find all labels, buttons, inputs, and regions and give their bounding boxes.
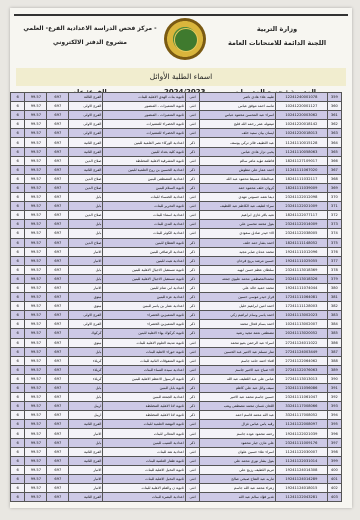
- average-cell: 99.57: [25, 183, 47, 192]
- row-seq-cell: 403: [327, 493, 341, 502]
- total-score-cell: 697: [47, 147, 69, 156]
- school-name-cell: اعدادية هيت للبنين: [103, 256, 185, 265]
- school-name-cell: ثانوية الخضراء للمتميزات: [103, 129, 185, 138]
- student-name-cell: الاء حيدر صادق سعودي: [200, 229, 276, 238]
- table-row: 39223241111061047حسين جاسم محمد عبد الام…: [11, 393, 342, 402]
- total-score-cell: 697: [47, 293, 69, 302]
- row-seq-cell: 387: [327, 347, 341, 356]
- gender-cell: ذكر: [185, 256, 199, 265]
- row-seq-cell: 363: [327, 129, 341, 138]
- directorate-cell: الانبار: [69, 247, 103, 256]
- total-score-cell: 697: [47, 302, 69, 311]
- row-seq-cell: 390: [327, 374, 341, 383]
- table-row: 38310241113002023احمد ياسر وسام ابراهيم …: [11, 311, 342, 320]
- school-name-cell: ثانوية لانا الاهلية المختلطة: [103, 402, 185, 411]
- exam-number-cell: 11241110058063: [276, 147, 328, 156]
- school-name-cell: اعدادية اسماء للبنات: [103, 211, 185, 220]
- rank-cell: 6: [11, 274, 25, 283]
- student-name-cell: عبد اللطيف فائز تركي يوسف: [200, 138, 276, 147]
- average-cell: 99.57: [25, 202, 47, 211]
- row-seq-cell: 384: [327, 320, 341, 329]
- school-name-cell: اعدادية الخنساء للبنات: [103, 193, 185, 202]
- average-cell: 99.57: [25, 384, 47, 393]
- school-name-cell: ثانوية الرسول الاعظم الاهلية للبنين: [103, 374, 185, 383]
- row-seq-cell: 394: [327, 411, 341, 420]
- average-cell: 99.57: [25, 411, 47, 420]
- student-name-cell: بتول بشار نوري محمد علي: [200, 456, 276, 465]
- average-cell: 99.57: [25, 438, 47, 447]
- table-row: 37423241122038005الاء حيدر صادق سعوديانث…: [11, 229, 342, 238]
- gender-cell: ذكر: [185, 402, 199, 411]
- school-name-cell: اعدادية عزة للبنين: [103, 293, 185, 302]
- school-name-cell: ثانوية المعالي للبنات: [103, 429, 185, 438]
- average-cell: 99.57: [25, 274, 47, 283]
- exam-number-cell: 19241124018015: [276, 484, 328, 493]
- student-name-cell: احمد امين ابراهيم خليل: [200, 302, 276, 311]
- directorate-cell: بابل: [69, 265, 103, 274]
- school-name-cell: ثانوية حوراء الاهلية للبنات: [103, 347, 185, 356]
- total-score-cell: 697: [47, 102, 69, 111]
- rank-cell: 6: [11, 329, 25, 338]
- gender-cell: انثى: [185, 365, 199, 374]
- directorate-cell: بابل: [69, 202, 103, 211]
- student-name-cell: احمد بسام قحال محمد: [200, 320, 276, 329]
- student-name-cell: كروان خلف محمود حمد: [200, 183, 276, 192]
- table-row: 36711241111067020احمد عمار علي مطوشذكراع…: [11, 165, 342, 174]
- total-score-cell: 697: [47, 374, 69, 383]
- student-name-cell: ديما نعمه حسوني مهدي: [200, 193, 276, 202]
- gender-cell: ذكر: [185, 247, 199, 256]
- directorate-cell: بابل: [69, 229, 103, 238]
- average-cell: 99.57: [25, 193, 47, 202]
- student-name-cell: احمد بشار حمد خلف: [200, 238, 276, 247]
- average-cell: 99.57: [25, 347, 47, 356]
- directorate-cell: بابل: [69, 384, 103, 393]
- rank-cell: 6: [11, 138, 25, 147]
- gender-cell: انثى: [185, 484, 199, 493]
- total-score-cell: 697: [47, 156, 69, 165]
- total-score-cell: 697: [47, 320, 69, 329]
- average-cell: 99.57: [25, 174, 47, 183]
- rank-cell: 6: [11, 265, 25, 274]
- document-header: وزارة التربية اللجنة الدائمة للامتحانات …: [14, 14, 348, 68]
- school-name-cell: اعدادية سيدة النساء للبنات: [103, 365, 185, 374]
- gender-cell: انثى: [185, 129, 199, 138]
- exam-number-cell: 27241124011022: [276, 338, 328, 347]
- gender-cell: ذكر: [185, 147, 199, 156]
- exam-number-cell: 10241220018142: [276, 120, 328, 129]
- gender-cell: ذكر: [185, 265, 199, 274]
- student-name-cell: منار مسلم عبد الامير عبد الحسين: [200, 347, 276, 356]
- average-cell: 99.57: [25, 111, 47, 120]
- table-row: 37923241113018326محمدالمصطفى محمد عليوي …: [11, 274, 342, 283]
- ministry-logo-icon: [164, 18, 206, 60]
- gender-cell: انثى: [185, 193, 199, 202]
- gender-cell: انثى: [185, 93, 199, 102]
- row-seq-cell: 360: [327, 102, 341, 111]
- student-name-cell: محمد حميد خالد علي: [200, 283, 276, 292]
- school-name-cell: ثانوية النهضة العلمية للبنات: [103, 420, 185, 429]
- directorate-cell: كربلاء: [69, 374, 103, 383]
- total-score-cell: 697: [47, 384, 69, 393]
- gender-cell: ذكر: [185, 384, 199, 393]
- directorate-cell: صلاح الدين: [69, 174, 103, 183]
- rank-cell: 6: [11, 293, 25, 302]
- directorate-cell: كركوك: [69, 329, 103, 338]
- total-score-cell: 697: [47, 274, 69, 283]
- gender-cell: انثى: [185, 356, 199, 365]
- school-name-cell: اعدادية الجمعة للبنين: [103, 393, 185, 402]
- exam-number-cell: 23241122021009: [276, 202, 328, 211]
- directorate-cell: كربلاء: [69, 356, 103, 365]
- student-name-cell: رقيه ياس عباس غزال: [200, 420, 276, 429]
- directorate-cell: الفرع الثانية: [69, 165, 103, 174]
- exam-number-cell: 27241122076063: [276, 365, 328, 374]
- directorate-cell: الفرع الثانية: [69, 447, 103, 456]
- average-cell: 99.57: [25, 211, 47, 220]
- row-seq-cell: 375: [327, 238, 341, 247]
- exam-number-cell: 23241113018369: [276, 265, 328, 274]
- school-name-cell: ثانوية الخضراء للمتميزات: [103, 120, 185, 129]
- rank-cell: 6: [11, 429, 25, 438]
- school-name-cell: ثانوية ن والقلم الاهلية للبنات: [103, 484, 185, 493]
- rank-cell: 6: [11, 220, 25, 229]
- average-cell: 99.57: [25, 156, 47, 165]
- exam-number-cell: 11241111067020: [276, 165, 328, 174]
- directorate-cell: صلاح الدين: [69, 156, 103, 165]
- row-seq-cell: 383: [327, 311, 341, 320]
- gender-cell: انثى: [185, 338, 199, 347]
- gender-cell: انثى: [185, 465, 199, 474]
- gender-cell: ذكر: [185, 329, 199, 338]
- average-cell: 99.57: [25, 429, 47, 438]
- rank-cell: 6: [11, 256, 25, 265]
- student-name-cell: مريم اللطيف رزيج علي: [200, 465, 276, 474]
- exam-number-cell: 23241113018326: [276, 274, 328, 283]
- gender-cell: ذكر: [185, 302, 199, 311]
- rank-cell: 6: [11, 120, 25, 129]
- rank-cell: 6: [11, 465, 25, 474]
- exam-number-cell: 23241122012098: [276, 193, 328, 202]
- rank-cell: 6: [11, 102, 25, 111]
- gender-cell: ذكر: [185, 411, 199, 420]
- student-name-cell: ايسان بيان ستيد خلف: [200, 129, 276, 138]
- row-seq-cell: 365: [327, 147, 341, 156]
- exam-number-cell: 12241240001078: [276, 93, 328, 102]
- total-score-cell: 697: [47, 420, 69, 429]
- exam-number-cell: 18241111148052: [276, 238, 328, 247]
- student-name-cell: فاطمة مؤيد ماهر سالم: [200, 156, 276, 165]
- table-row: 38019241111074044محمد حميد خالد عليذكراع…: [11, 283, 342, 292]
- directorate-cell: الفرع الثانية: [69, 493, 103, 502]
- rank-cell: 6: [11, 211, 25, 220]
- average-cell: 99.57: [25, 374, 47, 383]
- student-name-cell: علي مازن جبار محمود: [200, 438, 276, 447]
- exam-number-cell: 10241113002023: [276, 311, 328, 320]
- exam-number-cell: 23241122038005: [276, 229, 328, 238]
- gender-cell: ذكر: [185, 138, 199, 147]
- exam-number-cell: 23241111056086: [276, 384, 328, 393]
- row-seq-cell: 400: [327, 465, 341, 474]
- student-name-cell: حسين جاسم محمد عبد الامير: [200, 393, 276, 402]
- exam-number-cell: 17241111064081: [276, 293, 328, 302]
- rank-cell: 6: [11, 411, 25, 420]
- rank-cell: 6: [11, 438, 25, 447]
- total-score-cell: 697: [47, 111, 69, 120]
- exam-number-cell: 10241220003062: [276, 111, 328, 120]
- gender-cell: ذكر: [185, 165, 199, 174]
- gender-cell: انثى: [185, 156, 199, 165]
- student-name-cell: بتول محمد محسن علي: [200, 220, 276, 229]
- table-row: 40119241124014289ماريه عبد الفتاح صبحي ص…: [11, 474, 342, 483]
- row-seq-cell: 381: [327, 293, 341, 302]
- average-cell: 99.57: [25, 356, 47, 365]
- table-row: 39433241117008052عبد الله محمد قاسم احمد…: [11, 411, 342, 420]
- table-row: 36310241220018013ايسان بيان ستيد خلفانثى…: [11, 129, 342, 138]
- student-name-cell: عبد الله محمد قاسم احمد: [200, 411, 276, 420]
- rank-cell: 6: [11, 193, 25, 202]
- exam-number-cell: 19241124014289: [276, 474, 328, 483]
- gender-cell: ذكر: [185, 438, 199, 447]
- row-seq-cell: 402: [327, 484, 341, 493]
- student-name-cell: طيبه علاء هادي ناصر: [200, 93, 276, 102]
- row-seq-cell: 397: [327, 438, 341, 447]
- student-name-cell: مصطفى نعمة مجيد رشيد: [200, 329, 276, 338]
- exam-number-cell: 11241110015128: [276, 138, 328, 147]
- school-name-cell: ثانوية المتميزات - المنصور: [103, 102, 185, 111]
- directorate-cell: نينوى: [69, 293, 103, 302]
- total-score-cell: 697: [47, 193, 69, 202]
- school-name-cell: ثانوية المشرفية الاهلية المختلطة: [103, 156, 185, 165]
- average-cell: 99.57: [25, 147, 47, 156]
- student-name-cell: اسراء عبد الرحمن بعيو محمد: [200, 338, 276, 347]
- table-row: 39511241122008097رقيه ياس عباس غزالانثىث…: [11, 420, 342, 429]
- ministry-name: وزارة التربية: [212, 22, 342, 36]
- directorate-cell: الفرع الثانية: [69, 147, 103, 156]
- gender-cell: ذكر: [185, 283, 199, 292]
- rank-cell: 6: [11, 238, 25, 247]
- rank-cell: 6: [11, 183, 25, 192]
- table-row: 37823241113018369سلطان عظم حسن ابهيهذكرث…: [11, 265, 342, 274]
- directorate-cell: بابل: [69, 393, 103, 402]
- school-name-cell: ثانوية السلام للبنين: [103, 183, 185, 192]
- gender-cell: ذكر: [185, 274, 199, 283]
- directorate-cell: الفرع الاولى: [69, 102, 103, 111]
- table-row: 40219241124018015زهراء محمد عبد الله جاس…: [11, 484, 342, 493]
- exam-number-cell: 18241111032117: [276, 174, 328, 183]
- total-score-cell: 697: [47, 165, 69, 174]
- rank-cell: 6: [11, 420, 25, 429]
- average-cell: 99.57: [25, 138, 47, 147]
- average-cell: 99.57: [25, 93, 47, 102]
- school-name-cell: ثانوية كركوك بهاء الاهلية للبنين: [103, 329, 185, 338]
- average-cell: 99.57: [25, 229, 47, 238]
- exam-number-cell: 11241122030007: [276, 447, 328, 456]
- total-score-cell: 697: [47, 229, 69, 238]
- total-score-cell: 697: [47, 202, 69, 211]
- table-row: 38520241113020052مصطفى نعمة مجيد رشيدذكر…: [11, 329, 342, 338]
- exam-number-cell: 10241220018013: [276, 129, 328, 138]
- table-row: 38410241113002007احمد بسام قحال محمدذكرث…: [11, 320, 342, 329]
- school-name-cell: ثانوية مستقبل الاجيال الاهلية للبنين: [103, 265, 185, 274]
- table-row: 38627241124011022اسراء عبد الرحمن بعيو م…: [11, 338, 342, 347]
- row-seq-cell: 401: [327, 474, 341, 483]
- rank-cell: 6: [11, 374, 25, 383]
- table-row: 39333241117008066اللغان غسان محمد مصطفى …: [11, 402, 342, 411]
- row-seq-cell: 370: [327, 193, 341, 202]
- average-cell: 99.57: [25, 120, 47, 129]
- exam-number-cell: 19241122021039: [276, 429, 328, 438]
- school-name-cell: اعدادية المنيب للبنين: [103, 438, 185, 447]
- total-score-cell: 697: [47, 283, 69, 292]
- student-name-cell: غدير فؤاد سالم عبد الله: [200, 493, 276, 502]
- total-score-cell: 697: [47, 256, 69, 265]
- row-seq-cell: 374: [327, 229, 341, 238]
- school-name-cell: اعدادية عمار بن ياسر للبنين: [103, 302, 185, 311]
- directorate-cell: بابل: [69, 438, 103, 447]
- exam-number-cell: 23241111061047: [276, 393, 328, 402]
- school-name-cell: ثانوية مستقبل الاجيال الاهلية للبنين: [103, 274, 185, 283]
- table-row: 37619241111012096محمد عدنان صابر مجيدذكر…: [11, 247, 342, 256]
- row-seq-cell: 389: [327, 365, 341, 374]
- rank-cell: 6: [11, 174, 25, 183]
- table-row: 37518241111148052احمد بشار حمد خلفذكرثان…: [11, 238, 342, 247]
- directorate-cell: اربيل: [69, 411, 103, 420]
- average-cell: 99.57: [25, 393, 47, 402]
- rank-cell: 6: [11, 229, 25, 238]
- gender-cell: انثى: [185, 347, 199, 356]
- gender-cell: انثى: [185, 474, 199, 483]
- rank-cell: 6: [11, 474, 25, 483]
- school-name-cell: ثانوية المتميزين-الخضراء: [103, 320, 185, 329]
- top-students-table: 35912241240001078طيبه علاء هادي ناصرانثى…: [10, 92, 342, 502]
- row-seq-cell: 364: [327, 138, 341, 147]
- table-row: 39911241122031014بتول بشار نوري محمد علي…: [11, 456, 342, 465]
- exam-number-cell: 11241122043281: [276, 493, 328, 502]
- student-name-cell: ماريه عبد الفتاح صبحي صالح: [200, 474, 276, 483]
- school-name-cell: ثانوية بابل للبنين: [103, 384, 185, 393]
- exam-number-cell: 10241113002007: [276, 320, 328, 329]
- student-name-cell: سراء لطيف عبد الكاظم عبد اللطيف: [200, 202, 276, 211]
- rank-cell: 6: [11, 493, 25, 502]
- gender-cell: انثى: [185, 111, 199, 120]
- row-seq-cell: 366: [327, 156, 341, 165]
- total-score-cell: 697: [47, 311, 69, 320]
- rank-cell: 6: [11, 347, 25, 356]
- row-seq-cell: 373: [327, 220, 341, 229]
- gender-cell: انثى: [185, 229, 199, 238]
- directorate-cell: صلاح الدين: [69, 238, 103, 247]
- table-row: 39619241122021039رحمه محمود عوده جاسمانث…: [11, 429, 342, 438]
- student-name-cell: نعيه باقر غازي ابراهيم: [200, 211, 276, 220]
- average-cell: 99.57: [25, 311, 47, 320]
- table-row: 37218241122077117نعيه باقر غازي ابراهيما…: [11, 211, 342, 220]
- directorate-cell: الانبار: [69, 474, 103, 483]
- school-name-cell: ثانوية كلية بغداد للبنين: [103, 147, 185, 156]
- directorate-cell: الانبار: [69, 256, 103, 265]
- directorate-cell: نينوى: [69, 302, 103, 311]
- directorate-cell: كربلاء: [69, 365, 103, 374]
- rank-cell: 6: [11, 111, 25, 120]
- row-seq-cell: 393: [327, 402, 341, 411]
- total-score-cell: 697: [47, 247, 69, 256]
- rank-cell: 6: [11, 338, 25, 347]
- directorate-cell: الانبار: [69, 429, 103, 438]
- rank-cell: 6: [11, 247, 25, 256]
- average-cell: 99.57: [25, 283, 47, 292]
- rank-cell: 6: [11, 311, 25, 320]
- directorate-cell: الفرع الثانية: [69, 420, 103, 429]
- exam-number-cell: 27241113013013: [276, 374, 328, 383]
- table-row: 38117241111064081فراز حيدر موسى حسينذكرا…: [11, 293, 342, 302]
- total-score-cell: 697: [47, 129, 69, 138]
- row-seq-cell: 382: [327, 302, 341, 311]
- rank-cell: 6: [11, 402, 25, 411]
- directorate-cell: بابل: [69, 347, 103, 356]
- gender-cell: ذكر: [185, 320, 199, 329]
- total-score-cell: 697: [47, 347, 69, 356]
- row-seq-cell: 371: [327, 202, 341, 211]
- total-score-cell: 697: [47, 238, 69, 247]
- gender-cell: ذكر: [185, 174, 199, 183]
- directorate-cell: نينوى: [69, 338, 103, 347]
- school-name-cell: اعدادية الندى للبنات: [103, 220, 185, 229]
- average-cell: 99.57: [25, 465, 47, 474]
- table-row: 38927241122076063الاء صباح عبد الامير جا…: [11, 365, 342, 374]
- student-name-cell: اسراء عبد المحسن محمود عباس: [200, 111, 276, 120]
- directorate-cell: الفرع الاولى: [69, 320, 103, 329]
- school-name-cell: ثانوية بنات الهدى الاهلية للبنات: [103, 93, 185, 102]
- table-row: 40311241122043281غدير فؤاد سالم عبد الله…: [11, 493, 342, 502]
- gender-cell: انثى: [185, 493, 199, 502]
- directorate-cell: الانبار: [69, 484, 103, 493]
- gender-cell: انثى: [185, 102, 199, 111]
- total-score-cell: 697: [47, 393, 69, 402]
- exam-number-cell: 18241111039009: [276, 183, 328, 192]
- total-score-cell: 697: [47, 465, 69, 474]
- school-name-cell: ثانوية القطاع للبنين: [103, 238, 185, 247]
- gender-cell: انثى: [185, 420, 199, 429]
- rank-cell: 6: [11, 202, 25, 211]
- student-name-cell: اللغان غسان محمد مصطفى وهب: [200, 402, 276, 411]
- committee-name: اللجنة الدائمة للامتحانات العامة: [212, 36, 342, 50]
- school-name-cell: اعدادية الكوثر للبنات: [103, 229, 185, 238]
- student-name-cell: سيف وائل عبد علي كاظم: [200, 384, 276, 393]
- table-row: 39123241111056086سيف وائل عبد علي كاظمذك…: [11, 384, 342, 393]
- total-score-cell: 697: [47, 402, 69, 411]
- directorate-cell: الفرع الاولى: [69, 120, 103, 129]
- row-seq-cell: 378: [327, 265, 341, 274]
- gender-cell: ذكر: [185, 374, 199, 383]
- school-name-cell: ثانوية ظفار العلمية للبنات: [103, 456, 185, 465]
- school-name-cell: اعدادية الوركاء نصر العلمية للبنين: [103, 138, 185, 147]
- header-left: - مركز فحص الدراسة الاعدادية الفرع- العل…: [20, 22, 160, 50]
- table-row: 36618241127109017فاطمة مؤيد ماهر سالمانث…: [11, 156, 342, 165]
- directorate-cell: اربيل: [69, 402, 103, 411]
- school-name-cell: اعدادية الحسين بن روح العلمية للبنين: [103, 165, 185, 174]
- directorate-cell: بابل: [69, 220, 103, 229]
- table-row: 38217241111128003احمد امين ابراهيم خليلذ…: [11, 302, 342, 311]
- average-cell: 99.57: [25, 329, 47, 338]
- table-row: 36110241220003062اسراء عبد المحسن محمود …: [11, 111, 342, 120]
- table-row: 36010241220001127ماسه احمد موفق عباسانثى…: [11, 102, 342, 111]
- student-name-cell: افناء احمد حامد جاسم: [200, 356, 276, 365]
- total-score-cell: 697: [47, 429, 69, 438]
- center-name: - مركز فحص الدراسة الاعدادية الفرع- العل…: [20, 22, 160, 36]
- row-seq-cell: 386: [327, 338, 341, 347]
- total-score-cell: 697: [47, 456, 69, 465]
- table-row: 38827241122064062افناء احمد حامد جاسمانث…: [11, 356, 342, 365]
